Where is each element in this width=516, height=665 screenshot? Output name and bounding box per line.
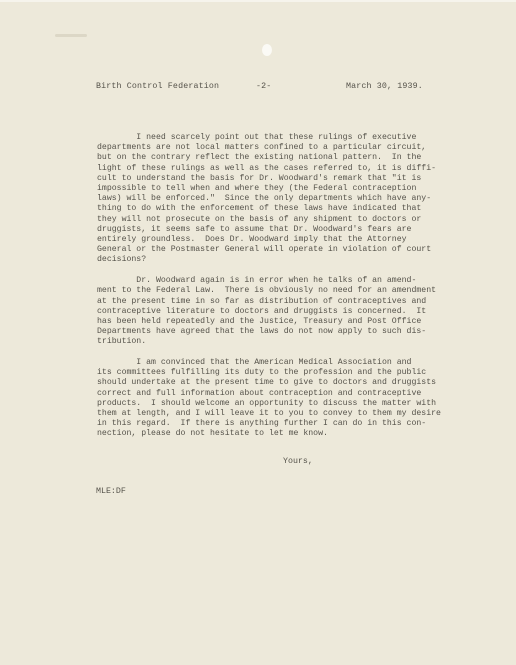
paragraph-2: Dr. Woodward again is in error when he t… [97, 276, 482, 347]
header-page-number: -2- [256, 82, 271, 91]
punch-hole-mark [262, 44, 272, 56]
header-date: March 30, 1939. [346, 82, 423, 91]
closing-salutation: Yours, [283, 457, 313, 466]
letter-header: Birth Control Federation -2- March 30, 1… [96, 82, 476, 127]
header-recipient: Birth Control Federation [96, 82, 219, 91]
letter-page: Birth Control Federation -2- March 30, 1… [0, 0, 516, 665]
paper-smudge [55, 34, 87, 37]
letter-body: I need scarcely point out that these rul… [97, 133, 482, 450]
paragraph-3: I am convinced that the American Medical… [97, 358, 482, 440]
typist-initials: MLE:DF [96, 487, 126, 496]
paragraph-1: I need scarcely point out that these rul… [97, 133, 482, 266]
